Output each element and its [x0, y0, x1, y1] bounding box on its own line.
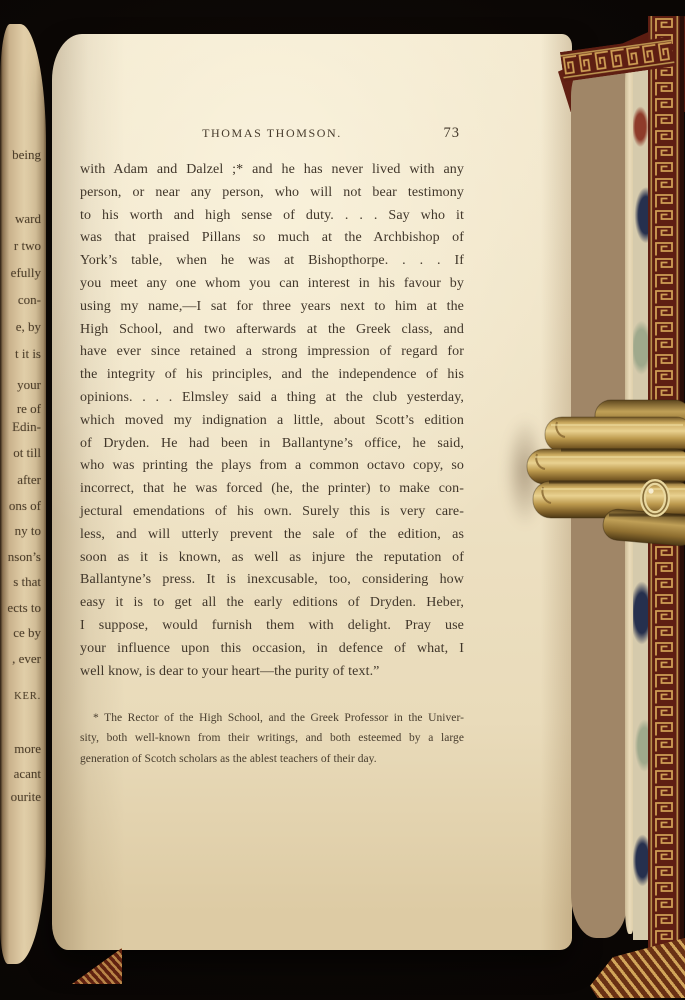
body-line: soon as it is known, as well as injure t… [80, 547, 464, 570]
book-page: THOMAS THOMSON. 73 with Adam and Dalzel … [52, 34, 572, 950]
facing-page-fragment: r two [14, 239, 41, 253]
body-line: easy it is to get all the early editions… [80, 592, 464, 615]
facing-page-fragment: ons of [9, 499, 41, 513]
facing-page-fragment: after [17, 473, 41, 487]
body-line: you meet any one whom you can interest i… [80, 273, 464, 296]
body-line: using my name,—I sat for three years nex… [80, 296, 464, 319]
body-line: incorrect, that he was forced (he, the p… [80, 478, 464, 501]
page-header: THOMAS THOMSON. 73 [80, 126, 464, 144]
body-line: High School, and two afterwards at the G… [80, 319, 464, 342]
binding-corner-bottom-left [72, 948, 122, 984]
body-line: your influence upon this occasion, in de… [80, 638, 464, 661]
page-number: 73 [444, 125, 461, 142]
body-line: less, and will utterly prevent the sale … [80, 524, 464, 547]
body-line: which moved my indignation a little, abo… [80, 410, 464, 433]
facing-page-fragment: s that [13, 575, 41, 589]
facing-page-fragment: more [14, 742, 41, 756]
body-line: the integrity of his principles, and the… [80, 364, 464, 387]
running-head: THOMAS THOMSON. [80, 126, 464, 141]
footnote-line: generation of Scotch scholars as the abl… [80, 749, 464, 769]
body-line: of Dryden. He had been in Ballantyne’s o… [80, 433, 464, 456]
facing-page-fragment: Edin- [12, 420, 41, 434]
footnote-line: sity, both well-known from their writing… [80, 728, 464, 748]
body-line: who was printing the plays from a common… [80, 455, 464, 478]
facing-page-fragment: ward [15, 212, 41, 226]
footnote: * The Rector of the High School, and the… [80, 708, 464, 769]
facing-page-fragment: nson’s [8, 550, 41, 564]
footnote-line: * The Rector of the High School, and the… [80, 708, 464, 728]
facing-page-fragment: ourite [11, 790, 41, 804]
facing-page-fragment: acant [14, 767, 41, 781]
body-line: well know, is dear to your heart—the pur… [80, 661, 464, 684]
gilt-tooled-corner-bottom [590, 938, 685, 998]
body-line: with Adam and Dalzel ;* and he has never… [80, 159, 464, 182]
facing-page-fragment: con- [18, 293, 41, 307]
facing-page-edge: being ward r two efully con- e, by t it … [0, 24, 46, 964]
facing-page-fragment: t it is [15, 347, 41, 361]
facing-page-fragment: e, by [16, 320, 41, 334]
facing-page-fragment: re of [17, 402, 41, 416]
body-line: opinions. . . . Elmsley said a thing at … [80, 387, 464, 410]
brass-hand-icon [505, 388, 685, 560]
facing-page-fragment: ot till [13, 446, 41, 460]
facing-page-fragment: your [17, 378, 41, 392]
facing-page-fragment: efully [11, 266, 41, 280]
body-line: jectural emendations of his own. Surely … [80, 501, 464, 524]
facing-page-fragment: ny to [15, 524, 41, 538]
body-text: with Adam and Dalzel ;* and he has never… [80, 159, 464, 683]
body-line: person, or near any person, who will not… [80, 182, 464, 205]
facing-page-fragment: being [12, 148, 41, 162]
body-line: Ballantyne’s press. It is inexcusable, t… [80, 569, 464, 592]
body-line: to his worth and high sense of duty. . .… [80, 205, 464, 228]
book-photograph: being ward r two efully con- e, by t it … [0, 0, 685, 1000]
body-line: have ever since retained a strong impres… [80, 341, 464, 364]
body-line: was that praised Pillans so much at the … [80, 227, 464, 250]
body-line: York’s table, when he was at Bishopthorp… [80, 250, 464, 273]
facing-page-fragment: KER. [14, 690, 41, 704]
body-line: I suppose, would furnish them with delig… [80, 615, 464, 638]
facing-page-fragment: ce by [13, 626, 41, 640]
facing-page-fragment: , ever [12, 652, 41, 666]
facing-page-fragment: ects to [7, 601, 41, 615]
